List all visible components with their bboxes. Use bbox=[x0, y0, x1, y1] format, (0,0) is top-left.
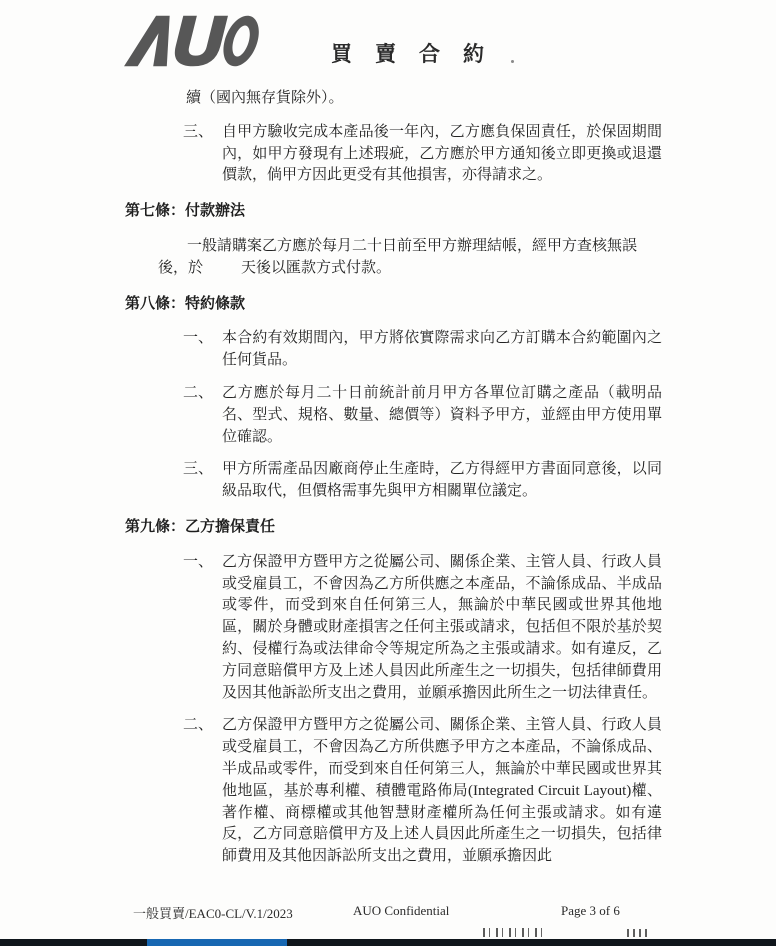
item-text: 甲方所需產品因廠商停止生產時，乙方得經甲方書面同意後，以同級品取代，但價格需事先… bbox=[222, 459, 662, 503]
page-footer: 一般買賣/EAC0-CL/V.1/2023 AUO Confidential P… bbox=[0, 903, 776, 923]
item-text: 乙方保證甲方暨甲方之從屬公司、關係企業、主管人員、行政人員或受雇員工，不會因為乙… bbox=[222, 715, 662, 868]
article9-heading: 第九條：乙方擔保責任 bbox=[125, 517, 662, 539]
item-text: 本合約有效期間內，甲方將依實際需求向乙方訂購本合約範圍內之任何貨品。 bbox=[222, 328, 662, 372]
item-text: 乙方應於每月二十日前統計前月甲方各單位訂購之產品（載明品名、型式、規格、數量、總… bbox=[222, 383, 662, 448]
payment-paragraph-line1: 一般請購案乙方應於每月二十日前至甲方辦理結帳，經甲方查核無誤 bbox=[158, 236, 662, 258]
article8-heading: 第八條：特約條款 bbox=[125, 294, 662, 316]
auo-logo: AUO bbox=[124, 14, 262, 68]
item-number: 一、 bbox=[183, 328, 222, 372]
item-text: 乙方保證甲方暨甲方之從屬公司、關係企業、主管人員、行政人員或受雇員工，不會因為乙… bbox=[222, 552, 662, 705]
item-number: 二、 bbox=[183, 715, 222, 868]
payment-line2-prefix: 後，於 bbox=[158, 260, 203, 276]
item-number: 二、 bbox=[183, 383, 222, 448]
document-title: 買賣合約 bbox=[331, 38, 507, 68]
scan-artifact bbox=[483, 928, 547, 937]
payment-line2-suffix: 天後以匯款方式付款。 bbox=[241, 260, 391, 276]
item-text: 自甲方驗收完成本產品後一年內，乙方應負保固責任，於保固期間內，如甲方發現有上述瑕… bbox=[222, 122, 662, 187]
continuation-line: 續（國內無存貨除外）。 bbox=[186, 88, 662, 110]
scan-speck bbox=[511, 60, 514, 63]
payment-paragraph: 一般請購案乙方應於每月二十日前至甲方辦理結帳，經甲方查核無誤 後，於天後以匯款方… bbox=[158, 236, 662, 280]
scan-edge-bar bbox=[0, 939, 776, 946]
payment-paragraph-line2: 後，於天後以匯款方式付款。 bbox=[158, 258, 662, 280]
scanned-contract-page: AUO 買賣合約 續（國內無存貨除外）。 三、 自甲方驗收完成本產品後一年內，乙… bbox=[0, 0, 776, 946]
scan-edge-bar-blue-segment bbox=[147, 939, 287, 946]
footer-page-number: Page 3 of 6 bbox=[561, 903, 620, 919]
footer-confidential-label: AUO Confidential bbox=[353, 903, 449, 919]
auo-logo-icon bbox=[124, 14, 262, 68]
item-number: 三、 bbox=[183, 459, 222, 503]
article8-item-2: 二、 乙方應於每月二十日前統計前月甲方各單位訂購之產品（載明品名、型式、規格、數… bbox=[183, 383, 662, 448]
item-number: 一、 bbox=[183, 552, 222, 705]
article7-heading: 第七條：付款辦法 bbox=[125, 201, 662, 223]
article9-item-2: 二、 乙方保證甲方暨甲方之從屬公司、關係企業、主管人員、行政人員或受雇員工，不會… bbox=[183, 715, 662, 868]
footer-doc-code: 一般買賣/EAC0-CL/V.1/2023 bbox=[133, 903, 293, 922]
warranty-item: 三、 自甲方驗收完成本產品後一年內，乙方應負保固責任，於保固期間內，如甲方發現有… bbox=[183, 122, 662, 187]
scan-artifact bbox=[627, 929, 647, 937]
item-number: 三、 bbox=[183, 122, 222, 187]
article8-item-1: 一、 本合約有效期間內，甲方將依實際需求向乙方訂購本合約範圍內之任何貨品。 bbox=[183, 328, 662, 372]
article9-item-1: 一、 乙方保證甲方暨甲方之從屬公司、關係企業、主管人員、行政人員或受雇員工，不會… bbox=[183, 552, 662, 705]
payment-days-blank-field bbox=[203, 271, 241, 272]
contract-body: 續（國內無存貨除外）。 三、 自甲方驗收完成本產品後一年內，乙方應負保固責任，於… bbox=[125, 88, 662, 879]
article8-item-3: 三、 甲方所需產品因廠商停止生產時，乙方得經甲方書面同意後，以同級品取代，但價格… bbox=[183, 459, 662, 503]
